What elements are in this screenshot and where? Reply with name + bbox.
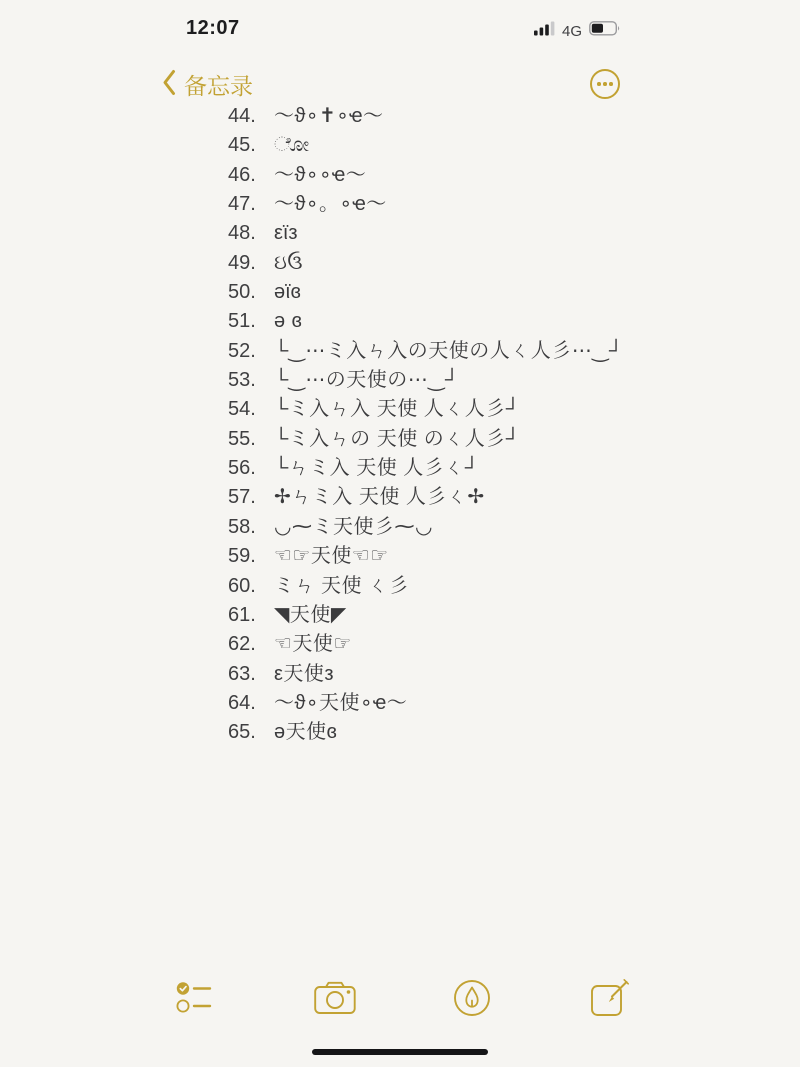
list-item[interactable]: 61. ◥天使◤	[0, 601, 800, 630]
list-item-text: └‿⋯ミ入ㄣ入の天使の人ㄑ人彡⋯‿┘	[274, 337, 624, 366]
list-item[interactable]: 51. ə ɞ	[0, 307, 800, 336]
back-button[interactable]: 备忘录	[162, 68, 253, 101]
list-item-number: 56.	[228, 454, 274, 483]
list-item-text: ə ɞ	[274, 307, 302, 336]
list-item[interactable]: 59. ☜☞天使☜☞	[0, 542, 800, 571]
list-item[interactable]: 53. └‿⋯の天使の⋯‿┘	[0, 366, 800, 395]
list-item-number: 46.	[228, 161, 274, 190]
markup-button[interactable]	[448, 976, 496, 1024]
list-item-text: └ㄣミ入 天使 人彡ㄑ┘	[274, 454, 479, 483]
network-type-label: 4G	[562, 23, 582, 40]
list-item-number: 51.	[228, 307, 274, 336]
list-item-text: ◥天使◤	[274, 601, 347, 630]
list-item[interactable]: 49. ઇઉ	[0, 249, 800, 278]
nav-bar: 备忘录	[0, 66, 800, 106]
note-list[interactable]: 44. 〜ϑ∘✝∘ҽ〜 45. ೋ 46. 〜ϑ∘∘ҽ〜 47. 〜ϑ∘。∘ҽ〜…	[0, 102, 800, 748]
list-item-text: 〜ϑ∘✝∘ҽ〜	[274, 102, 384, 131]
list-item[interactable]: 45. ೋ	[0, 131, 800, 160]
list-item-number: 54.	[228, 395, 274, 424]
list-item-text: əϊɞ	[274, 278, 301, 307]
checklist-icon	[176, 980, 213, 1020]
notes-app-screen: 12:07 4G	[0, 0, 800, 1067]
list-item-number: 61.	[228, 601, 274, 630]
list-item-number: 47.	[228, 190, 274, 219]
back-button-label: 备忘录	[184, 68, 253, 101]
list-item-number: 55.	[228, 425, 274, 454]
battery-icon	[589, 21, 621, 41]
list-item[interactable]: 44. 〜ϑ∘✝∘ҽ〜	[0, 102, 800, 131]
list-item-number: 59.	[228, 542, 274, 571]
more-options-button[interactable]	[590, 69, 620, 99]
camera-icon	[314, 981, 356, 1020]
list-item[interactable]: 64. 〜ϑ∘天使∘ҽ〜	[0, 689, 800, 718]
list-item-number: 57.	[228, 483, 274, 512]
list-item-number: 48.	[228, 219, 274, 248]
compose-icon	[590, 978, 630, 1023]
list-item[interactable]: 47. 〜ϑ∘。∘ҽ〜	[0, 190, 800, 219]
list-item[interactable]: 63. ε天使з	[0, 660, 800, 689]
checklist-button[interactable]	[170, 976, 218, 1024]
list-item-text: ☜天使☞	[274, 630, 352, 659]
bottom-toolbar	[0, 976, 800, 1026]
list-item-text: ə天使ɞ	[274, 718, 337, 747]
compose-button[interactable]	[586, 976, 634, 1024]
list-item[interactable]: 55. └ミ入ㄣの 天使 のㄑ人彡┘	[0, 425, 800, 454]
list-item[interactable]: 50. əϊɞ	[0, 278, 800, 307]
list-item[interactable]: 60. ミㄣ 天使 ㄑ彡	[0, 572, 800, 601]
list-item-number: 65.	[228, 718, 274, 747]
markup-pen-icon	[452, 978, 492, 1023]
list-item-text: ✢ㄣミ入 天使 人彡ㄑ✢	[274, 483, 485, 512]
list-item[interactable]: 46. 〜ϑ∘∘ҽ〜	[0, 161, 800, 190]
list-item-number: 60.	[228, 572, 274, 601]
list-item-text: ઇઉ	[274, 249, 303, 278]
list-item-text: 〜ϑ∘。∘ҽ〜	[274, 190, 387, 219]
list-item-number: 53.	[228, 366, 274, 395]
status-bar: 12:07 4G	[0, 0, 800, 52]
list-item-number: 58.	[228, 513, 274, 542]
list-item[interactable]: 58. ◡⁓ミ天使彡⁓◡	[0, 513, 800, 542]
list-item-number: 45.	[228, 131, 274, 160]
list-item[interactable]: 57. ✢ㄣミ入 天使 人彡ㄑ✢	[0, 483, 800, 512]
status-time: 12:07	[186, 17, 240, 40]
list-item[interactable]: 54. └ミ入ㄣ入 天使 人ㄑ人彡┘	[0, 395, 800, 424]
list-item-text: └‿⋯の天使の⋯‿┘	[274, 366, 460, 395]
cellular-signal-icon	[534, 21, 555, 41]
list-item-text: ε天使з	[274, 660, 334, 689]
home-indicator[interactable]	[312, 1049, 488, 1055]
ellipsis-circle-icon	[597, 82, 601, 86]
camera-button[interactable]	[311, 976, 359, 1024]
list-item-number: 64.	[228, 689, 274, 718]
list-item-text: ミㄣ 天使 ㄑ彡	[274, 572, 409, 601]
list-item-text: ☜☞天使☜☞	[274, 542, 389, 571]
list-item-text: 〜ϑ∘∘ҽ〜	[274, 161, 366, 190]
list-item[interactable]: 48. εϊз	[0, 219, 800, 248]
status-indicators: 4G	[534, 21, 621, 41]
list-item-number: 50.	[228, 278, 274, 307]
list-item-text: └ミ入ㄣの 天使 のㄑ人彡┘	[274, 425, 520, 454]
list-item[interactable]: 62. ☜天使☞	[0, 630, 800, 659]
list-item-text: ೋ	[274, 131, 310, 160]
list-item[interactable]: 56. └ㄣミ入 天使 人彡ㄑ┘	[0, 454, 800, 483]
list-item-number: 52.	[228, 337, 274, 366]
list-item[interactable]: 52. └‿⋯ミ入ㄣ入の天使の人ㄑ人彡⋯‿┘	[0, 337, 800, 366]
list-item-text: ◡⁓ミ天使彡⁓◡	[274, 513, 433, 542]
list-item-text: └ミ入ㄣ入 天使 人ㄑ人彡┘	[274, 395, 520, 424]
list-item[interactable]: 65. ə天使ɞ	[0, 718, 800, 747]
list-item-text: 〜ϑ∘天使∘ҽ〜	[274, 689, 407, 718]
list-item-number: 44.	[228, 102, 274, 131]
chevron-left-icon	[162, 69, 176, 101]
list-item-number: 63.	[228, 660, 274, 689]
list-item-number: 62.	[228, 630, 274, 659]
list-item-number: 49.	[228, 249, 274, 278]
list-item-text: εϊз	[274, 219, 298, 248]
